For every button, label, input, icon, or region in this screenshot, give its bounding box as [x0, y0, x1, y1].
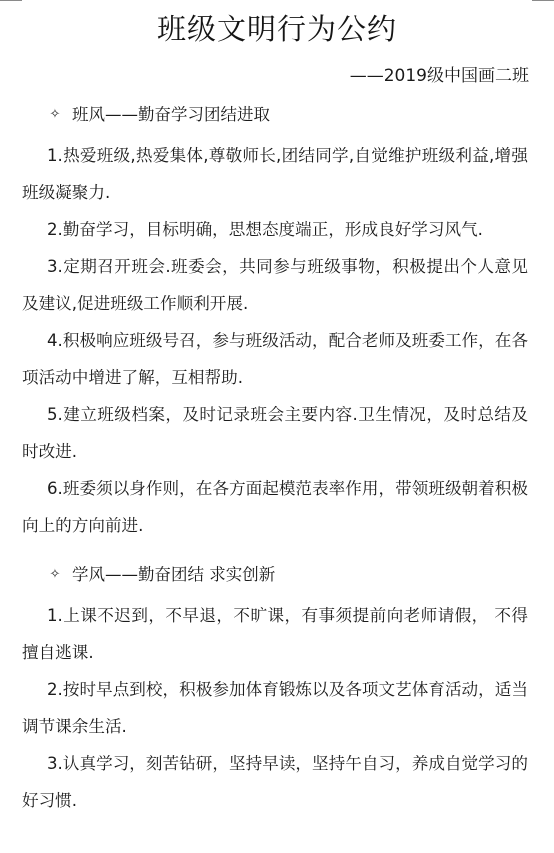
- rule-item: 3.定期召开班会.班委会，共同参与班级事物，积极提出个人意见及建议,促进班级工作…: [22, 248, 528, 322]
- section-heading-study-spirit: ✧ 学风——勤奋团结 求实创新: [48, 563, 275, 587]
- rule-item: 2.按时早点到校，积极参加体育锻炼以及各项文艺体育活动，适当调节课余生活.: [22, 671, 528, 745]
- scan-edge-mark-right: [532, 0, 554, 1]
- rule-item: 1.热爱班级,热爱集体,尊敬师长,团结同学,自觉维护班级利益,增强班级凝聚力.: [22, 137, 528, 211]
- section-heading-text: 学风——勤奋团结 求实创新: [72, 563, 275, 587]
- class-signature: ——2019级中国画二班: [350, 64, 529, 88]
- document-title: 班级文明行为公约: [0, 11, 554, 47]
- rule-item: 4.积极响应班级号召，参与班级活动，配合老师及班委工作，在各项活动中增进了解，互…: [22, 322, 528, 396]
- scan-edge-mark-left: [0, 0, 22, 1]
- rule-item: 6.班委须以身作则，在各方面起模范表率作用，带领班级朝着积极向上的方向前进.: [22, 470, 528, 544]
- rule-item: 5.建立班级档案，及时记录班会主要内容.卫生情况，及时总结及时改进.: [22, 396, 528, 470]
- rule-item: 1.上课不迟到，不早退，不旷课，有事须提前向老师请假， 不得擅自逃课.: [22, 597, 528, 671]
- rule-item: 3.认真学习，刻苦钻研，坚持早读，坚持午自习，养成自觉学习的好习惯.: [22, 745, 528, 819]
- diamond-outline-icon: ✧: [48, 563, 62, 587]
- section-heading-class-spirit: ✧ 班风——勤奋学习团结进取: [48, 103, 270, 127]
- diamond-outline-icon: ✧: [48, 103, 62, 127]
- section-heading-text: 班风——勤奋学习团结进取: [72, 103, 270, 127]
- rule-item: 2.勤奋学习，目标明确，思想态度端正，形成良好学习风气.: [22, 211, 528, 248]
